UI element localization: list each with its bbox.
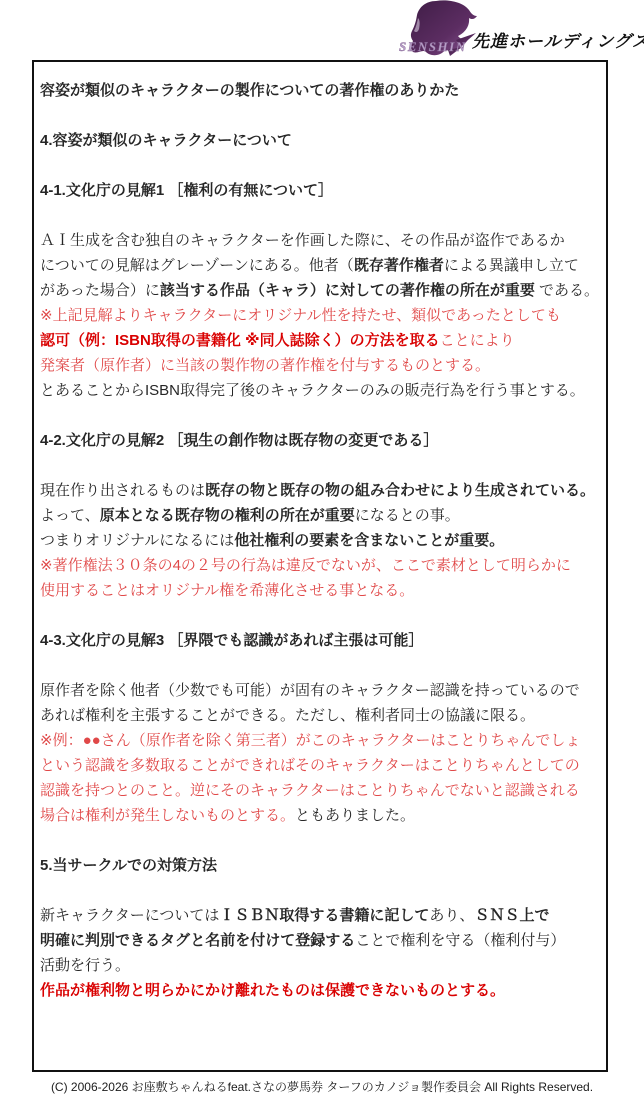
doc-line: についての見解はグレーゾーンにある。他者（既存著作権者による異議申し立て	[40, 253, 602, 278]
doc-line: 4-2.文化庁の見解2 ［現生の創作物は既存物の変更である］	[40, 428, 602, 453]
text-segment: 5.当サークルでの対策方法	[40, 857, 217, 874]
doc-line: とあることからISBN取得完了後のキャラクターのみの販売行為を行う事とする。	[40, 378, 602, 403]
text-segment: 既存著作権者	[354, 257, 444, 274]
doc-line: 認可（例：ISBN取得の書籍化 ※同人誌除く）の方法を取ることにより	[40, 328, 602, 353]
doc-line: つまりオリジナルになるには他社権利の要素を含まないことが重要。	[40, 528, 602, 553]
text-segment: 4.容姿が類似のキャラクターについて	[40, 132, 292, 149]
text-segment: 既存の物と既存の物の組み合わせにより生成されている。	[205, 482, 595, 499]
doc-line: 現在作り出されるものは既存の物と既存の物の組み合わせにより生成されている。	[40, 478, 602, 503]
blank-line	[40, 653, 602, 678]
document-box: 容姿が類似のキャラクターの製作についての著作権のありかた4.容姿が類似のキャラク…	[32, 60, 608, 1072]
text-segment: 活動を行う。	[40, 957, 130, 974]
text-segment: 容姿が類似のキャラクターの製作についての著作権のありかた	[40, 82, 459, 99]
text-segment: ＡＩ生成を含む独自のキャラクターを作画した際に、その作品が盗作であるか	[40, 232, 565, 249]
logo-wordmark: SENSHIN	[399, 39, 467, 54]
text-segment: ともありました。	[295, 807, 415, 824]
doc-line: 認識を持つとのこと。逆にそのキャラクターはことりちゃんでないと認識される	[40, 778, 602, 803]
text-segment: 発案者（原作者）に当該の製作物の著作権を付与するものとする。	[40, 357, 490, 374]
doc-line: 明確に判別できるタグと名前を付けて登録することで権利を守る（権利付与）	[40, 928, 602, 953]
text-segment: とあることからISBN取得完了後のキャラクターのみの販売行為を行う事とする。	[40, 382, 585, 399]
blank-line	[40, 828, 602, 853]
blank-line	[40, 403, 602, 428]
doc-line: 活動を行う。	[40, 953, 602, 978]
text-segment: になるとの事。	[355, 507, 460, 524]
text-segment: 現在作り出されるものは	[40, 482, 205, 499]
text-segment: ことにより	[440, 332, 515, 349]
page-header: SENSHIN 先進ホールディングス	[0, 0, 644, 60]
doc-line: 4-3.文化庁の見解3 ［界隈でも認識があれば主張は可能］	[40, 628, 602, 653]
text-segment: 作品が権利物と明らかにかけ離れたものは保護できないものとする。	[40, 982, 505, 999]
doc-line: ※著作権法３０条の4の２号の行為は違反でないが、ここで素材として明らかに	[40, 553, 602, 578]
doc-line: 5.当サークルでの対策方法	[40, 853, 602, 878]
text-segment: 認可（例：ISBN取得の書籍化 ※同人誌除く）の方法を取る	[40, 332, 440, 349]
doc-line: 新キャラクターについてはＩＳＢＮ取得する書籍に記してあり、ＳＮＳ上で	[40, 903, 602, 928]
doc-line: 4.容姿が類似のキャラクターについて	[40, 128, 602, 153]
blank-line	[40, 203, 602, 228]
text-segment: という認識を多数取ることができればそのキャラクターはことりちゃんとしての	[40, 757, 580, 774]
doc-line: よって、原本となる既存物の権利の所在が重要になるとの事。	[40, 503, 602, 528]
text-segment: 原本となる既存物の権利の所在が重要	[100, 507, 355, 524]
blank-line	[40, 453, 602, 478]
company-name: 先進ホールディングス	[472, 27, 644, 52]
text-segment: 使用することはオリジナル権を希薄化させる事となる。	[40, 582, 414, 599]
blank-line	[40, 153, 602, 178]
text-segment: 新キャラクターについては	[40, 907, 219, 924]
text-segment: ＩＳＢＮ取得する書籍に記して	[219, 907, 429, 924]
text-segment: あれば権利を主張することができる。ただし、権利者同士の協議に限る。	[40, 707, 535, 724]
text-segment: つまりオリジナルになるには	[40, 532, 234, 549]
text-segment: ※著作権法３０条の4の２号の行為は違反でないが、ここで素材として明らかに	[40, 557, 571, 574]
doc-line: 作品が権利物と明らかにかけ離れたものは保護できないものとする。	[40, 978, 602, 1003]
doc-line: 容姿が類似のキャラクターの製作についての著作権のありかた	[40, 78, 602, 103]
document-lines: 容姿が類似のキャラクターの製作についての著作権のありかた4.容姿が類似のキャラク…	[40, 78, 602, 1003]
text-segment: 該当する作品（キャラ）に対しての著作権の所在が重要	[160, 282, 535, 299]
text-segment: ※例：●●さん（原作者を除く第三者）がこのキャラクターはことりちゃんでしょ	[40, 732, 580, 749]
text-segment: である。	[535, 282, 599, 299]
doc-line: 場合は権利が発生しないものとする。ともありました。	[40, 803, 602, 828]
text-segment: あり、	[429, 907, 474, 924]
text-segment: よって、	[40, 507, 100, 524]
text-segment: ＳＮＳ上で	[474, 907, 549, 924]
footer-copyright: (C) 2006-2026 お座敷ちゃんねるfeat.さなの夢馬券 ターフのカノ…	[0, 1078, 644, 1100]
text-segment: による異議申し立て	[444, 257, 579, 274]
doc-line: 使用することはオリジナル権を希薄化させる事となる。	[40, 578, 602, 603]
text-segment: 場合は権利が発生しないものとする。	[40, 807, 295, 824]
doc-line: あれば権利を主張することができる。ただし、権利者同士の協議に限る。	[40, 703, 602, 728]
doc-line: ＡＩ生成を含む独自のキャラクターを作画した際に、その作品が盗作であるか	[40, 228, 602, 253]
text-segment: 4-2.文化庁の見解2 ［現生の創作物は既存物の変更である］	[40, 432, 438, 449]
blank-line	[40, 603, 602, 628]
doc-line: という認識を多数取ることができればそのキャラクターはことりちゃんとしての	[40, 753, 602, 778]
doc-line: 4-1.文化庁の見解1 ［権利の有無について］	[40, 178, 602, 203]
text-segment: 原作者を除く他者（少数でも可能）が固有のキャラクター認識を持っているので	[40, 682, 580, 699]
blank-line	[40, 878, 602, 903]
text-segment: 4-1.文化庁の見解1 ［権利の有無について］	[40, 182, 333, 199]
doc-line: があった場合）に該当する作品（キャラ）に対しての著作権の所在が重要 である。	[40, 278, 602, 303]
doc-line: 発案者（原作者）に当該の製作物の著作権を付与するものとする。	[40, 353, 602, 378]
doc-line: 原作者を除く他者（少数でも可能）が固有のキャラクター認識を持っているので	[40, 678, 602, 703]
text-segment: 他社権利の要素を含まないことが重要。	[234, 532, 504, 549]
text-segment: 認識を持つとのこと。逆にそのキャラクターはことりちゃんでないと認識される	[40, 782, 580, 799]
blank-line	[40, 103, 602, 128]
text-segment: についての見解はグレーゾーンにある。他者（	[40, 257, 354, 274]
doc-line: ※例：●●さん（原作者を除く第三者）がこのキャラクターはことりちゃんでしょ	[40, 728, 602, 753]
text-segment: 4-3.文化庁の見解3 ［界隈でも認識があれば主張は可能］	[40, 632, 423, 649]
text-segment: 明確に判別できるタグと名前を付けて登録する	[40, 932, 355, 949]
text-segment: ※上記見解よりキャラクターにオリジナル性を持たせ、類似であったとしても	[40, 307, 561, 324]
text-segment: があった場合）に	[40, 282, 160, 299]
doc-line: ※上記見解よりキャラクターにオリジナル性を持たせ、類似であったとしても	[40, 303, 602, 328]
text-segment: ことで権利を守る（権利付与）	[355, 932, 565, 949]
